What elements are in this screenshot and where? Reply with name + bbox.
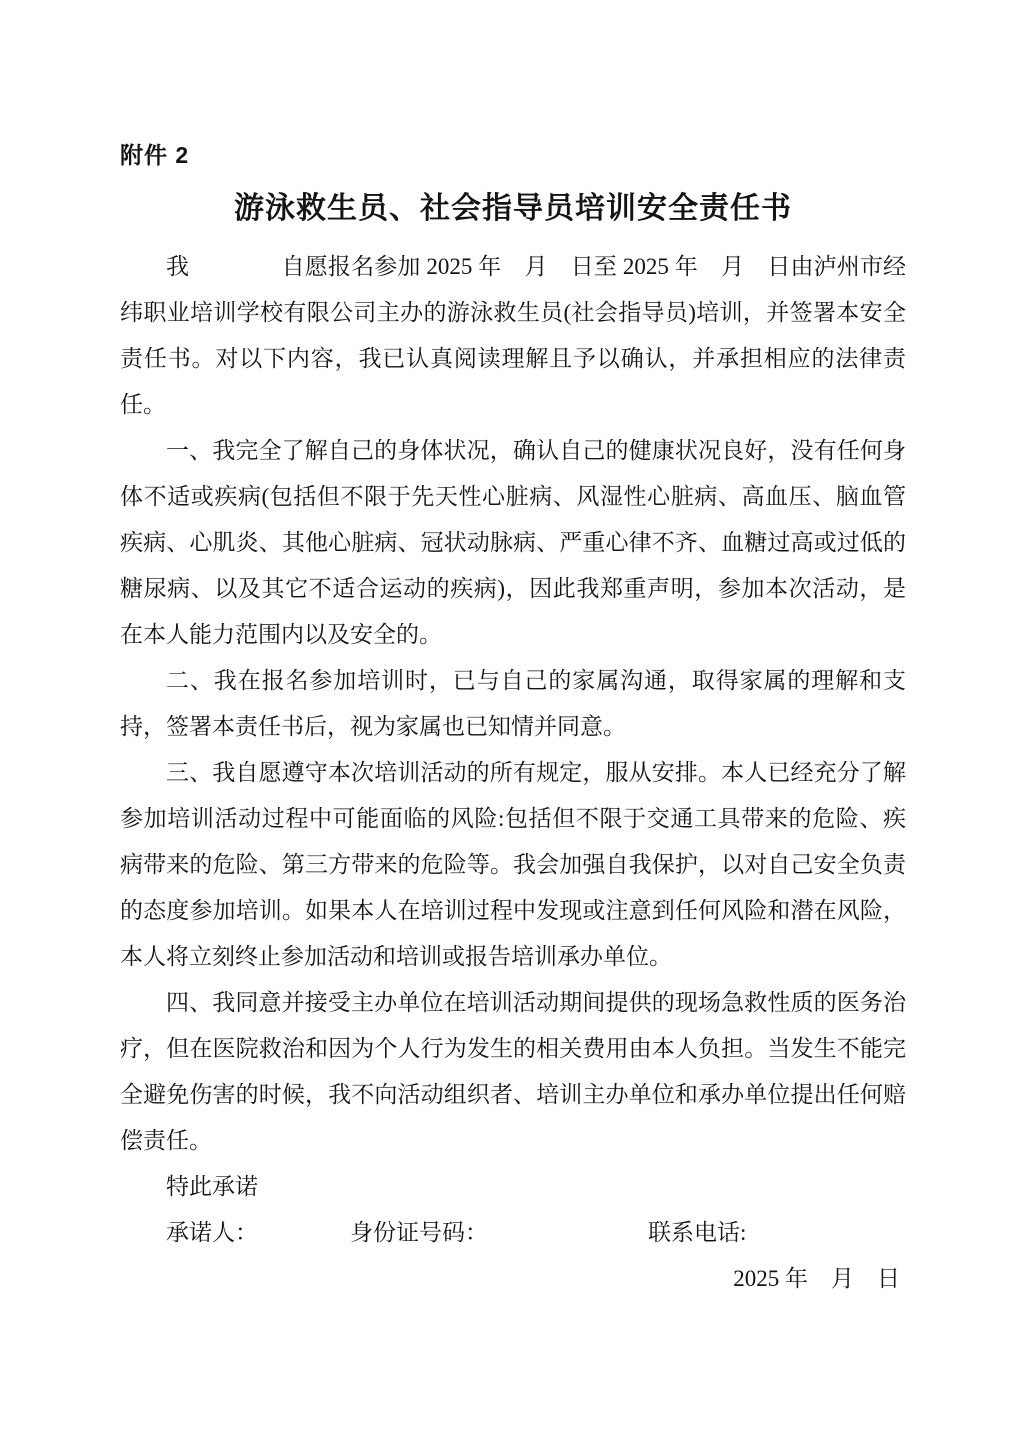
document-title: 游泳救生员、社会指导员培训安全责任书: [120, 188, 906, 230]
pledge-line: 特此承诺: [120, 1164, 906, 1210]
document-body: 我 自愿报名参加 2025 年 月 日至 2025 年 月 日由泸州市经纬职业培…: [120, 244, 906, 1210]
date-line: 2025 年 月 日: [120, 1256, 906, 1302]
phone-label: 联系电话:: [648, 1210, 746, 1256]
clause-paragraph-4: 四、我同意并接受主办单位在培训活动期间提供的现场急救性质的医务治疗，但在医院救治…: [120, 980, 906, 1164]
clause-paragraph-1: 一、我完全了解自己的身体状况，确认自己的健康状况良好，没有任何身体不适或疾病(包…: [120, 428, 906, 658]
attachment-label: 附件 2: [120, 140, 906, 170]
clause-paragraph-2: 二、我在报名参加培训时，已与自己的家属沟通，取得家属的理解和支持，签署本责任书后…: [120, 658, 906, 750]
clause-paragraph-3: 三、我自愿遵守本次培训活动的所有规定，服从安排。本人已经充分了解参加培训活动过程…: [120, 750, 906, 980]
promiser-label: 承诺人：: [166, 1210, 258, 1256]
signature-row: 承诺人： 身份证号码： 联系电话:: [120, 1210, 906, 1256]
document-page: 附件 2 游泳救生员、社会指导员培训安全责任书 我 自愿报名参加 2025 年 …: [0, 0, 1024, 1448]
intro-paragraph: 我 自愿报名参加 2025 年 月 日至 2025 年 月 日由泸州市经纬职业培…: [120, 244, 906, 428]
id-number-label: 身份证号码：: [350, 1210, 488, 1256]
